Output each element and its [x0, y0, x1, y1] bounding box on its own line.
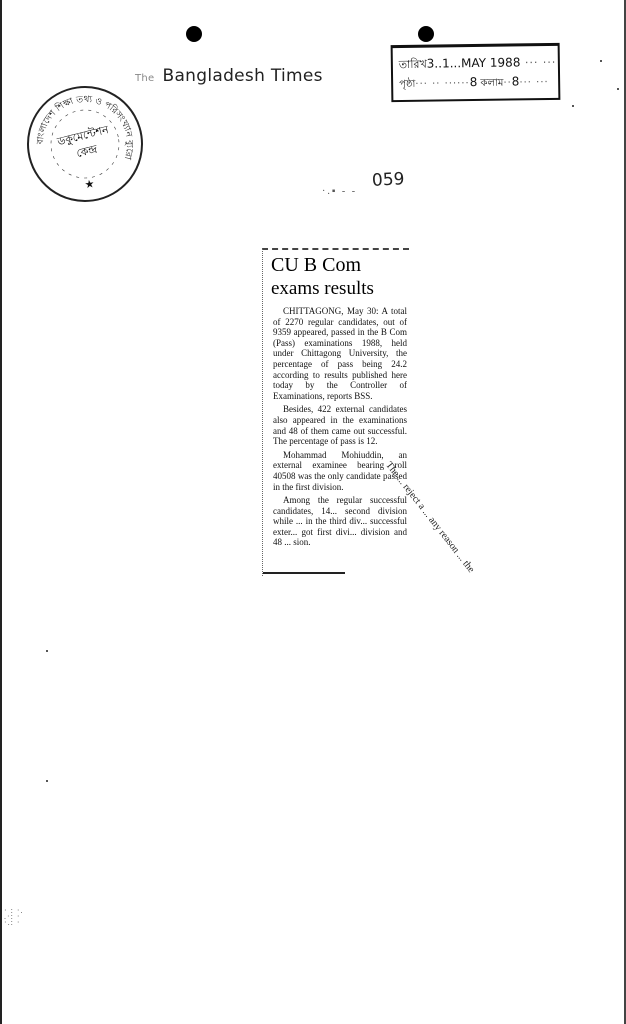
newspaper-name: Bangladesh Times [163, 66, 323, 86]
page-value: 8 [470, 75, 478, 89]
headline-line1: CU B Com [271, 254, 361, 276]
scan-speck [572, 105, 574, 107]
punch-hole-right [418, 26, 434, 42]
scan-speck [46, 650, 48, 652]
clipping-paragraph: Besides, 422 external candidates also ap… [273, 404, 407, 446]
page-number: 059 [371, 169, 404, 191]
star-icon: ★ [84, 177, 96, 191]
newspaper-clipping: CU B Com exams results CHITTAGONG, May 3… [262, 248, 409, 576]
newspaper-masthead: TheBangladesh Times [135, 66, 323, 86]
scan-noise-marks: · : ·..·: ··.: · [4, 908, 34, 930]
clipping-paragraph: CHITTAGONG, May 30: A total of 2270 regu… [273, 306, 407, 401]
masthead-prefix: The [135, 73, 155, 84]
clipping-headline: CU B Com exams results [271, 254, 409, 300]
page-number-marks: ·.▪ - - [322, 186, 357, 197]
scan-speck [600, 60, 602, 62]
date-value: 3..1...MAY 1988 [427, 55, 521, 70]
page-column-row: পৃষ্ঠা··· ·· ······8 কলাম··8··· ··· [399, 74, 549, 94]
scan-speck [617, 88, 619, 90]
date-label: তারিখ [399, 58, 427, 71]
scan-left-edge [0, 0, 2, 1024]
documentation-center-seal: বাংলাদেশ শিক্ষা তথ্য ও পরিসংখ্যান ব্যুরো… [19, 78, 150, 209]
punch-hole-left [186, 26, 202, 42]
clipping-bottom-rule [263, 572, 345, 574]
headline-line2: exams results [271, 278, 409, 300]
page-label: পৃষ্ঠা [399, 79, 415, 90]
column-label: কলাম [480, 78, 503, 89]
scan-speck [46, 780, 48, 782]
date-stamp: তারিখ3..1...MAY 1988 ··· ··· পৃষ্ঠা··· ·… [391, 43, 561, 102]
date-row: তারিখ3..1...MAY 1988 ··· ··· [399, 54, 557, 75]
